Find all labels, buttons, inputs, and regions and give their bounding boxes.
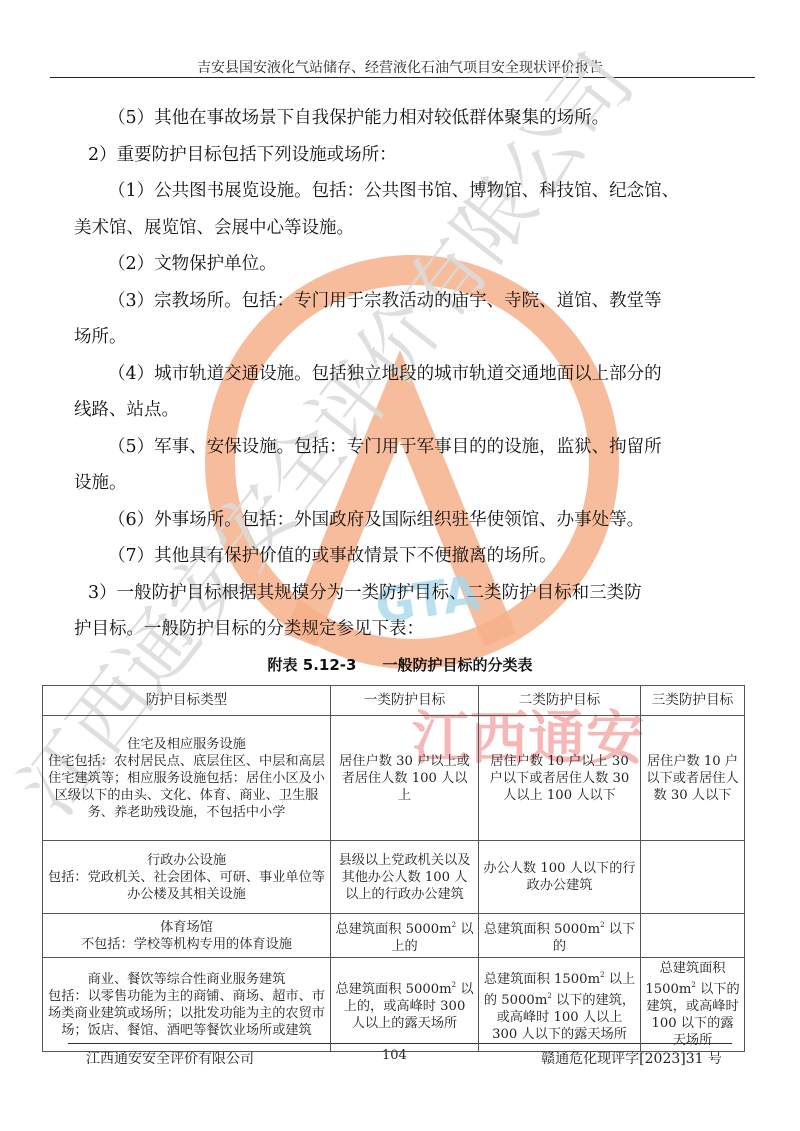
class2-cell: 总建筑面积 5000m2 以下的 (479, 914, 641, 958)
class3-cell (641, 841, 745, 914)
table-header-row: 防护目标类型 一类防护目标 二类防护目标 三类防护目标 (43, 686, 745, 716)
column-header: 防护目标类型 (43, 686, 331, 716)
class2-cell: 居住户数 10 户以上 30 户以下或者居住人数 30 人以上 100 人以下 (479, 716, 641, 841)
class1-cell: 县级以上党政机关以及其他办公人数 100 人以上的行政办公建筑 (331, 841, 479, 914)
paragraph: （4）城市轨道交通设施。包括独立地段的城市轨道交通地面以上部分的 (74, 356, 716, 393)
target-type-desc: 住宅包括：农村居民点、底层住区、中层和高层住宅建筑等；相应服务设施包括：居住小区… (48, 754, 325, 820)
paragraph: （1）公共图书展览设施。包括：公共图书馆、博物馆、科技馆、纪念馆、 (74, 173, 716, 210)
target-type-desc: 不包括：学校等机构专用的体育设施 (81, 937, 292, 952)
class1-cell: 居住户数 30 户以上或者居住人数 100 人以上 (331, 716, 479, 841)
column-header: 三类防护目标 (641, 686, 745, 716)
class3-cell: 居住户数 10 户以下或者居住人数 30 人以下 (641, 716, 745, 841)
paragraph: （5）军事、安保设施。包括：专门用于军事目的的设施，监狱、拘留所 (74, 429, 716, 466)
paragraph: 2）重要防护目标包括下列设施或场所： (74, 137, 716, 174)
table-row: 行政办公设施 包括：党政机关、社会团体、可研、事业单位等办公楼及其相关设施 县级… (43, 841, 745, 914)
target-type-title: 商业、餐饮等综合性商业服务建筑 (47, 971, 326, 988)
class3-cell: 总建筑面积 1500m2 以下的建筑，或高峰时 100 以下的露天场所 (641, 958, 745, 1052)
paragraph: 设施。 (74, 465, 716, 502)
class1-cell: 总建筑面积 5000m2 以上的 (331, 914, 479, 958)
class1-cell: 总建筑面积 5000m2 以上的，或高峰时 300 人以上的露天场所 (331, 958, 479, 1052)
table-caption: 附表 5.12-3一般防护目标的分类表 (0, 654, 800, 675)
paragraph: 线路、站点。 (74, 392, 716, 429)
column-header: 二类防护目标 (479, 686, 641, 716)
paragraph: （6）外事场所。包括：外国政府及国际组织驻华使领馆、办事处等。 (74, 502, 716, 539)
header-rule (50, 77, 755, 78)
table-row: 体育场馆 不包括：学校等机构专用的体育设施 总建筑面积 5000m2 以上的 总… (43, 914, 745, 958)
protection-target-classification-table: 防护目标类型 一类防护目标 二类防护目标 三类防护目标 住宅及相应服务设施 住宅… (42, 685, 745, 1052)
class3-cell (641, 914, 745, 958)
paragraph: （7）其他具有保护价值的或事故情景下不便撤离的场所。 (74, 538, 716, 575)
table-row: 住宅及相应服务设施 住宅包括：农村居民点、底层住区、中层和高层住宅建筑等；相应服… (43, 716, 745, 841)
cell-text: 总建筑面积 5000m (335, 922, 451, 937)
target-type-cell: 行政办公设施 包括：党政机关、社会团体、可研、事业单位等办公楼及其相关设施 (43, 841, 331, 914)
paragraph: 美术馆、展览馆、会展中心等设施。 (74, 210, 716, 247)
target-type-title: 体育场馆 (47, 919, 326, 936)
cell-text: 总建筑面积 1500m (484, 972, 600, 987)
table-row: 商业、餐饮等综合性商业服务建筑 包括：以零售功能为主的商铺、商场、超市、市场类商… (43, 958, 745, 1052)
cell-text: 总建筑面积 5000m (335, 982, 451, 997)
target-type-title: 行政办公设施 (47, 852, 326, 869)
table-caption-number: 附表 5.12-3 (268, 656, 357, 674)
target-type-cell: 商业、餐饮等综合性商业服务建筑 包括：以零售功能为主的商铺、商场、超市、市场类商… (43, 958, 331, 1052)
paragraph: （3）宗教场所。包括：专门用于宗教活动的庙宇、寺院、道馆、教堂等 (74, 283, 716, 320)
body-content: （5）其他在事故场景下自我保护能力相对较低群体聚集的场所。 2）重要防护目标包括… (74, 100, 716, 648)
target-type-desc: 包括：以零售功能为主的商铺、商场、超市、市场类商业建筑或场所；以批发功能为主的农… (48, 989, 325, 1038)
cell-text: 总建筑面积 5000m (484, 922, 600, 937)
paragraph: 场所。 (74, 319, 716, 356)
paragraph: 护目标。一般防护目标的分类规定参见下表： (74, 611, 716, 648)
paragraph: 3）一般防护目标根据其规模分为一类防护目标、二类防护目标和三类防 (74, 575, 716, 612)
target-type-title: 住宅及相应服务设施 (47, 736, 326, 753)
report-header-title: 吉安县国安液化气站储存、经营液化石油气项目安全现状评价报告 (0, 57, 800, 77)
paragraph: （2）文物保护单位。 (74, 246, 716, 283)
table-caption-title: 一般防护目标的分类表 (382, 656, 532, 674)
column-header: 一类防护目标 (331, 686, 479, 716)
class2-cell: 总建筑面积 1500m2 以上的 5000m2 以下的建筑，或高峰时 100 人… (479, 958, 641, 1052)
target-type-cell: 体育场馆 不包括：学校等机构专用的体育设施 (43, 914, 331, 958)
class2-cell: 办公人数 100 人以下的行政办公建筑 (479, 841, 641, 914)
target-type-desc: 包括：党政机关、社会团体、可研、事业单位等办公楼及其相关设施 (48, 870, 325, 902)
paragraph: （5）其他在事故场景下自我保护能力相对较低群体聚集的场所。 (74, 100, 716, 137)
target-type-cell: 住宅及相应服务设施 住宅包括：农村居民点、底层住区、中层和高层住宅建筑等；相应服… (43, 716, 331, 841)
